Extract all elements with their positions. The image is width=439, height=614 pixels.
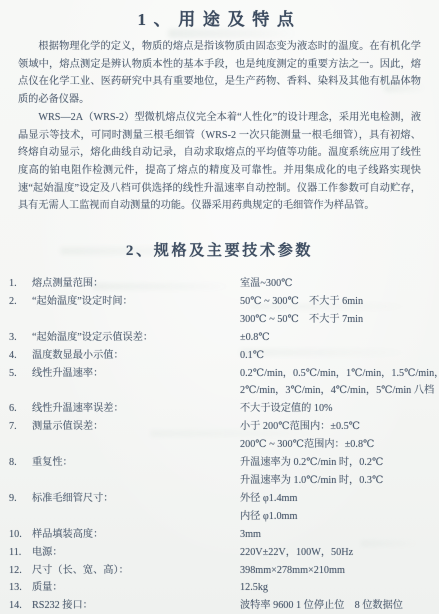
spec-values: 3mm [240,526,433,544]
spec-number: 1. [8,275,32,293]
spec-values: 0.2℃/min，0.5℃/min，1℃/min，1.5℃/min， 2℃/mi… [240,365,439,401]
spec-number: 11. [8,544,32,562]
spec-values: 室温~300℃ [240,275,433,293]
section1-title: 1、用途及特点 [0,5,439,30]
spec-row-capillary-size: 9. 标准毛细管尺寸： 外径 φ1.4mm 内径 φ1.0mm [8,490,433,526]
section1-body: 根据物理化学的定义，物质的熔点是指该物质由固态变为液态时的温度。在有机化学领域中… [18,38,421,215]
spec-value: 升温速率为 0.2℃/min 时，0.2℃ [240,454,433,472]
spec-values: 波特率 9600 1 位停止位 8 位数据位 [240,597,433,614]
spec-value: 12.5kg [240,579,433,597]
spec-values: 外径 φ1.4mm 内径 φ1.0mm [240,490,433,526]
section2-title: 2、规格及主要技术参数 [0,239,439,260]
spec-number: 6. [8,400,32,418]
spec-label: “起始温度”设定示值误差： [32,329,240,347]
spec-number: 5. [8,365,32,383]
spec-value: 小于 200℃范围内：±0.5℃ [240,418,433,436]
spec-row-weight: 13. 质量： 12.5kg [8,579,433,597]
spec-row-min-display: 4. 温度数显最小示值： 0.1℃ [8,347,433,365]
spec-number: 7. [8,418,32,436]
spec-value: 不大于设定值的 10% [240,400,433,418]
spec-value: 0.1℃ [240,347,433,365]
scan-bleed-artifact [168,29,298,38]
spec-values: 12.5kg [240,579,433,597]
spec-label: RS232 接口： [32,597,240,614]
spec-value: 0.2℃/min，0.5℃/min，1℃/min，1.5℃/min， [240,365,439,383]
spec-value: 内径 φ1.0mm [240,508,433,526]
spec-value: 室温~300℃ [240,275,433,293]
spec-value: 外径 φ1.4mm [240,490,433,508]
spec-value: 300℃ ~ 50℃ 不大于 7min [240,311,433,329]
spec-row-power: 11. 电源： 220V±22V，100W，50Hz [8,544,433,562]
paragraph-definition: 根据物理化学的定义，物质的熔点是指该物质由固态变为液态时的温度。在有机化学领域中… [18,38,421,109]
spec-row-repeatability: 8. 重复性： 升温速率为 0.2℃/min 时，0.2℃ 升温速率为 1.0℃… [8,454,433,490]
spec-label: 测量示值误差： [32,418,240,436]
spec-label: 尺寸（长、宽、高）： [32,562,240,580]
spec-label: “起始温度”设定时间： [32,293,240,311]
spec-row-heating-rate-error: 6. 线性升温速率误差： 不大于设定值的 10% [8,400,433,418]
spec-value: 升温速率为 1.0℃/min 时，0.3℃ [240,472,433,490]
spec-value: 50℃ ~ 300℃ 不大于 6min [240,293,433,311]
spec-value: 220V±22V，100W，50Hz [240,544,433,562]
spec-value: 3mm [240,526,433,544]
spec-number: 13. [8,579,32,597]
spec-values: 小于 200℃范围内：±0.5℃ 200℃ ~ 300℃范围内：±0.8℃ [240,418,433,454]
spec-label: 标准毛细管尺寸： [32,490,240,508]
spec-values: 220V±22V，100W，50Hz [240,544,433,562]
spec-row-start-temp-error: 3. “起始温度”设定示值误差： ±0.8℃ [8,329,433,347]
spec-value: 2℃/min，3℃/min，4℃/min，5℃/min 八档 [240,382,439,400]
spec-row-heating-rates: 5. 线性升温速率： 0.2℃/min，0.5℃/min，1℃/min，1.5℃… [8,365,433,401]
spec-number: 4. [8,347,32,365]
manual-page: 1、用途及特点 根据物理化学的定义，物质的熔点是指该物质由固态变为液态时的温度。… [0,0,439,614]
spec-number: 12. [8,562,32,580]
spec-number: 10. [8,526,32,544]
spec-row-dimensions: 12. 尺寸（长、宽、高）： 398mm×278mm×210mm [8,562,433,580]
spec-row-melting-range: 1. 熔点测量范围： 室温~300℃ [8,275,433,293]
spec-value: 200℃ ~ 300℃范围内：±0.8℃ [240,436,433,454]
spec-number: 9. [8,490,32,508]
spec-number: 3. [8,329,32,347]
spec-values: 50℃ ~ 300℃ 不大于 6min 300℃ ~ 50℃ 不大于 7min [240,293,433,329]
spec-label: 线性升温速率： [32,365,240,383]
spec-label: 温度数显最小示值： [32,347,240,365]
spec-number: 8. [8,454,32,472]
spec-label: 熔点测量范围： [32,275,240,293]
spec-value: 398mm×278mm×210mm [240,562,433,580]
spec-list: 1. 熔点测量范围： 室温~300℃ 2. “起始温度”设定时间： 50℃ ~ … [8,275,433,614]
spec-value: ±0.8℃ [240,329,433,347]
spec-label: 质量： [32,579,240,597]
spec-values: 升温速率为 0.2℃/min 时，0.2℃ 升温速率为 1.0℃/min 时，0… [240,454,433,490]
paragraph-features: WRS—2A（WRS-2）型微机熔点仪完全本着“人性化”的设计理念，采用光电检测… [18,109,421,215]
spec-label: 重复性： [32,454,240,472]
spec-row-sample-height: 10. 样品填装高度： 3mm [8,526,433,544]
spec-values: 398mm×278mm×210mm [240,562,433,580]
spec-label: 样品填装高度： [32,526,240,544]
spec-values: 0.1℃ [240,347,433,365]
spec-label: 线性升温速率误差： [32,400,240,418]
spec-row-rs232: 14. RS232 接口： 波特率 9600 1 位停止位 8 位数据位 [8,597,433,614]
spec-values: 不大于设定值的 10% [240,400,433,418]
spec-number: 14. [8,597,32,614]
spec-number: 2. [8,293,32,311]
spec-row-measure-error: 7. 测量示值误差： 小于 200℃范围内：±0.5℃ 200℃ ~ 300℃范… [8,418,433,454]
spec-row-start-temp-time: 2. “起始温度”设定时间： 50℃ ~ 300℃ 不大于 6min 300℃ … [8,293,433,329]
spec-label: 电源： [32,544,240,562]
spec-values: ±0.8℃ [240,329,433,347]
spec-value: 波特率 9600 1 位停止位 8 位数据位 [240,597,433,614]
